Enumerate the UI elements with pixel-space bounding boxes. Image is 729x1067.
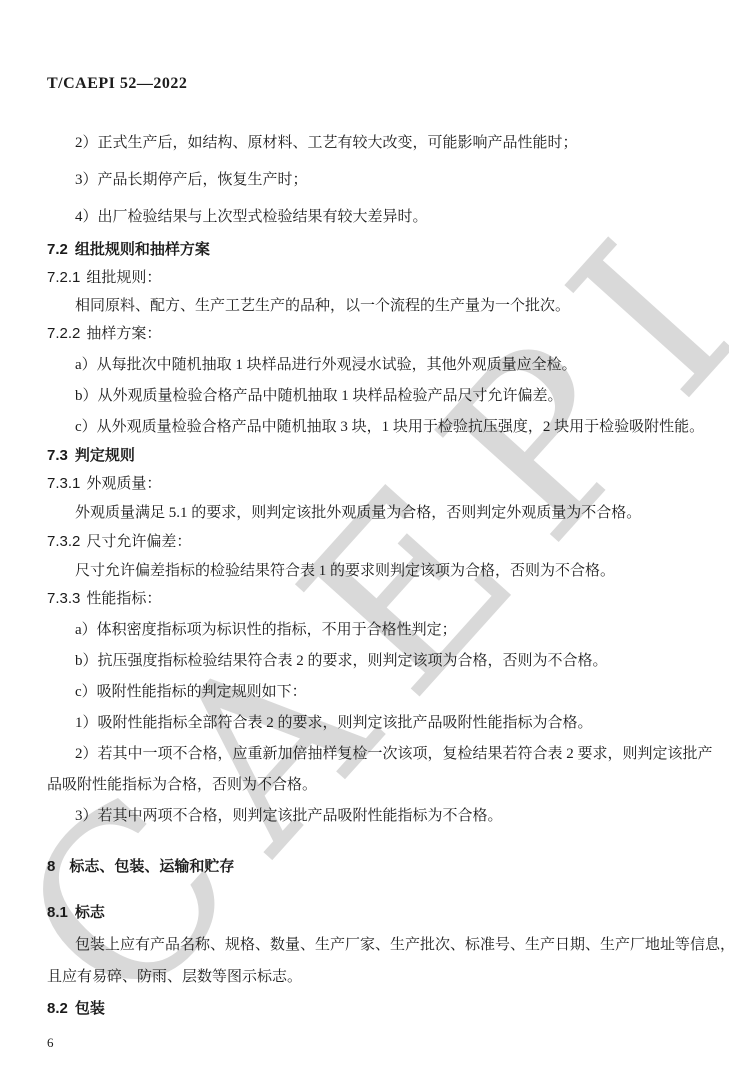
list-item: 4）出厂检验结果与上次型式检验结果有较大差异时。 (47, 206, 721, 228)
chapter-heading-8: 8标志、包装、运输和贮存 (47, 856, 721, 878)
section-title: 标志 (75, 904, 105, 921)
list-item: b）抗压强度指标检验结果符合表 2 的要求，则判定该项为合格，否则为不合格。 (47, 650, 721, 672)
chapter-title: 标志、包装、运输和贮存 (69, 858, 234, 875)
list-item: a）从每批次中随机抽取 1 块样品进行外观浸水试验，其他外观质量应全检。 (47, 354, 721, 376)
section-title: 判定规则 (75, 447, 135, 464)
clause-title: 组批规则： (86, 270, 161, 286)
clause-heading-7-3-2: 7.3.2尺寸允许偏差： (47, 531, 721, 553)
clause-number: 7.3.3 (47, 590, 80, 607)
clause-heading-7-2-2: 7.2.2抽样方案： (47, 323, 721, 345)
paragraph: 尺寸允许偏差指标的检验结果符合表 1 的要求则判定该项为合格，否则为不合格。 (47, 560, 721, 582)
section-number: 7.3 (47, 447, 68, 464)
list-item: a）体积密度指标项为标识性的指标，不用于合格性判定； (47, 619, 721, 641)
list-item: 3）产品长期停产后，恢复生产时； (47, 169, 721, 191)
section-number: 8.2 (47, 1000, 68, 1017)
clause-number: 7.2.1 (47, 269, 80, 286)
section-heading-8-2: 8.2包装 (47, 998, 721, 1020)
clause-title: 抽样方案： (86, 326, 161, 342)
clause-heading-7-3-3: 7.3.3性能指标： (47, 588, 721, 610)
paragraph: 包装上应有产品名称、规格、数量、生产厂家、生产批次、标准号、生产日期、生产厂地址… (47, 934, 721, 956)
paragraph: 相同原料、配方、生产工艺生产的品种，以一个流程的生产量为一个批次。 (47, 295, 721, 317)
page-number: 6 (47, 1035, 54, 1051)
list-item: c）吸附性能指标的判定规则如下： (47, 681, 721, 703)
clause-title: 性能指标： (86, 591, 161, 607)
document-page: CAEPI T/CAEPI 52—2022 2）正式生产后，如结构、原材料、工艺… (0, 0, 729, 1067)
list-item: 2）正式生产后，如结构、原材料、工艺有较大改变，可能影响产品性能时； (47, 132, 721, 154)
section-title: 包装 (75, 1000, 105, 1017)
clause-heading-7-2-1: 7.2.1组批规则： (47, 267, 721, 289)
chapter-number: 8 (47, 858, 55, 875)
section-number: 7.2 (47, 241, 68, 258)
clause-number: 7.3.2 (47, 533, 80, 550)
clause-number: 7.2.2 (47, 325, 80, 342)
clause-title: 外观质量： (86, 476, 161, 492)
section-heading-7-3: 7.3判定规则 (47, 445, 721, 467)
page-content: T/CAEPI 52—2022 2）正式生产后，如结构、原材料、工艺有较大改变，… (0, 0, 729, 1067)
paragraph: 外观质量满足 5.1 的要求，则判定该批外观质量为合格，否则判定外观质量为不合格… (47, 502, 721, 524)
paragraph-continuation: 且应有易碎、防雨、层数等图示标志。 (47, 966, 721, 988)
paragraph-continuation: 品吸附性能指标为合格，否则为不合格。 (47, 774, 721, 796)
list-item: 2）若其中一项不合格，应重新加倍抽样复检一次该项，复检结果若符合表 2 要求，则… (47, 743, 721, 765)
section-heading-7-2: 7.2组批规则和抽样方案 (47, 239, 721, 261)
list-item: c）从外观质量检验合格产品中随机抽取 3 块，1 块用于检验抗压强度，2 块用于… (47, 416, 721, 438)
list-item: 3）若其中两项不合格，则判定该批产品吸附性能指标为不合格。 (47, 805, 721, 827)
clause-heading-7-3-1: 7.3.1外观质量： (47, 473, 721, 495)
list-item: b）从外观质量检验合格产品中随机抽取 1 块样品检验产品尺寸允许偏差。 (47, 385, 721, 407)
clause-number: 7.3.1 (47, 475, 80, 492)
standard-number-header: T/CAEPI 52—2022 (47, 76, 721, 92)
section-number: 8.1 (47, 904, 68, 921)
section-title: 组批规则和抽样方案 (75, 241, 210, 258)
section-heading-8-1: 8.1标志 (47, 902, 721, 924)
clause-title: 尺寸允许偏差： (86, 534, 191, 550)
list-item: 1）吸附性能指标全部符合表 2 的要求，则判定该批产品吸附性能指标为合格。 (47, 712, 721, 734)
